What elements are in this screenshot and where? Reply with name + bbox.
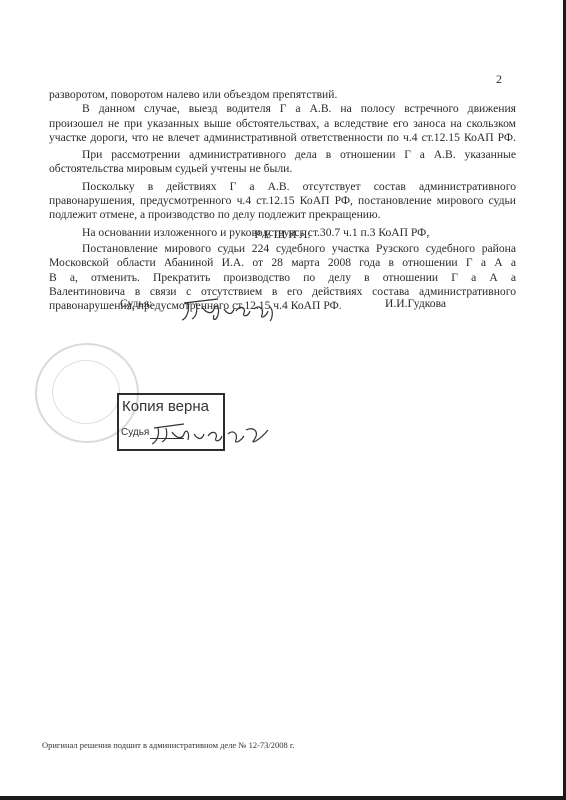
paragraph-1-line-1: произошел не при указанных выше обстояте… bbox=[49, 117, 516, 131]
judge-signature bbox=[178, 293, 288, 323]
scan-edge-bottom bbox=[0, 796, 566, 800]
stamp-signature bbox=[150, 418, 280, 446]
stamp-judge-label: Судья bbox=[121, 427, 149, 438]
document-body: разворотом, поворотом налево или объездо… bbox=[49, 88, 516, 240]
paragraph-3-line-0: Поскольку в действиях Г а А.В. отсутству… bbox=[49, 180, 516, 194]
decision-heading: Р Е Ш И Л: bbox=[49, 228, 516, 241]
paragraph-1-line-0: В данном случае, выезд водителя Г а А.В.… bbox=[49, 102, 516, 116]
paragraph-2-line-0: При рассмотрении административного дела … bbox=[49, 148, 516, 162]
paragraph-2-line-1: обстоятельства мировым судьей учтены не … bbox=[49, 162, 516, 176]
paragraph-3-line-2: подлежит отмене, а производство по делу … bbox=[49, 208, 516, 222]
judge-label: Судья: bbox=[120, 297, 152, 310]
paragraph-6-line-1: Московской области Абаниной И.А. от 28 м… bbox=[49, 256, 516, 270]
paragraph-0-line-0: разворотом, поворотом налево или объездо… bbox=[49, 88, 516, 102]
paragraph-3-line-1: правонарушения, предусмотренного ч.4 ст.… bbox=[49, 194, 516, 208]
footer-note: Оригинал решения подшит в административн… bbox=[42, 740, 295, 750]
paragraph-6-line-0: Постановление мирового судьи 224 судебно… bbox=[49, 242, 516, 256]
judge-name: И.И.Гудкова bbox=[385, 297, 446, 310]
stamp-title: Копия верна bbox=[122, 398, 209, 415]
round-seal-inner bbox=[52, 360, 120, 424]
page-number: 2 bbox=[496, 72, 502, 87]
paragraph-1-line-2: участке дороги, что не влечет администра… bbox=[49, 131, 516, 145]
paragraph-6-line-2: В а, отменить. Прекратить производство п… bbox=[49, 271, 516, 285]
